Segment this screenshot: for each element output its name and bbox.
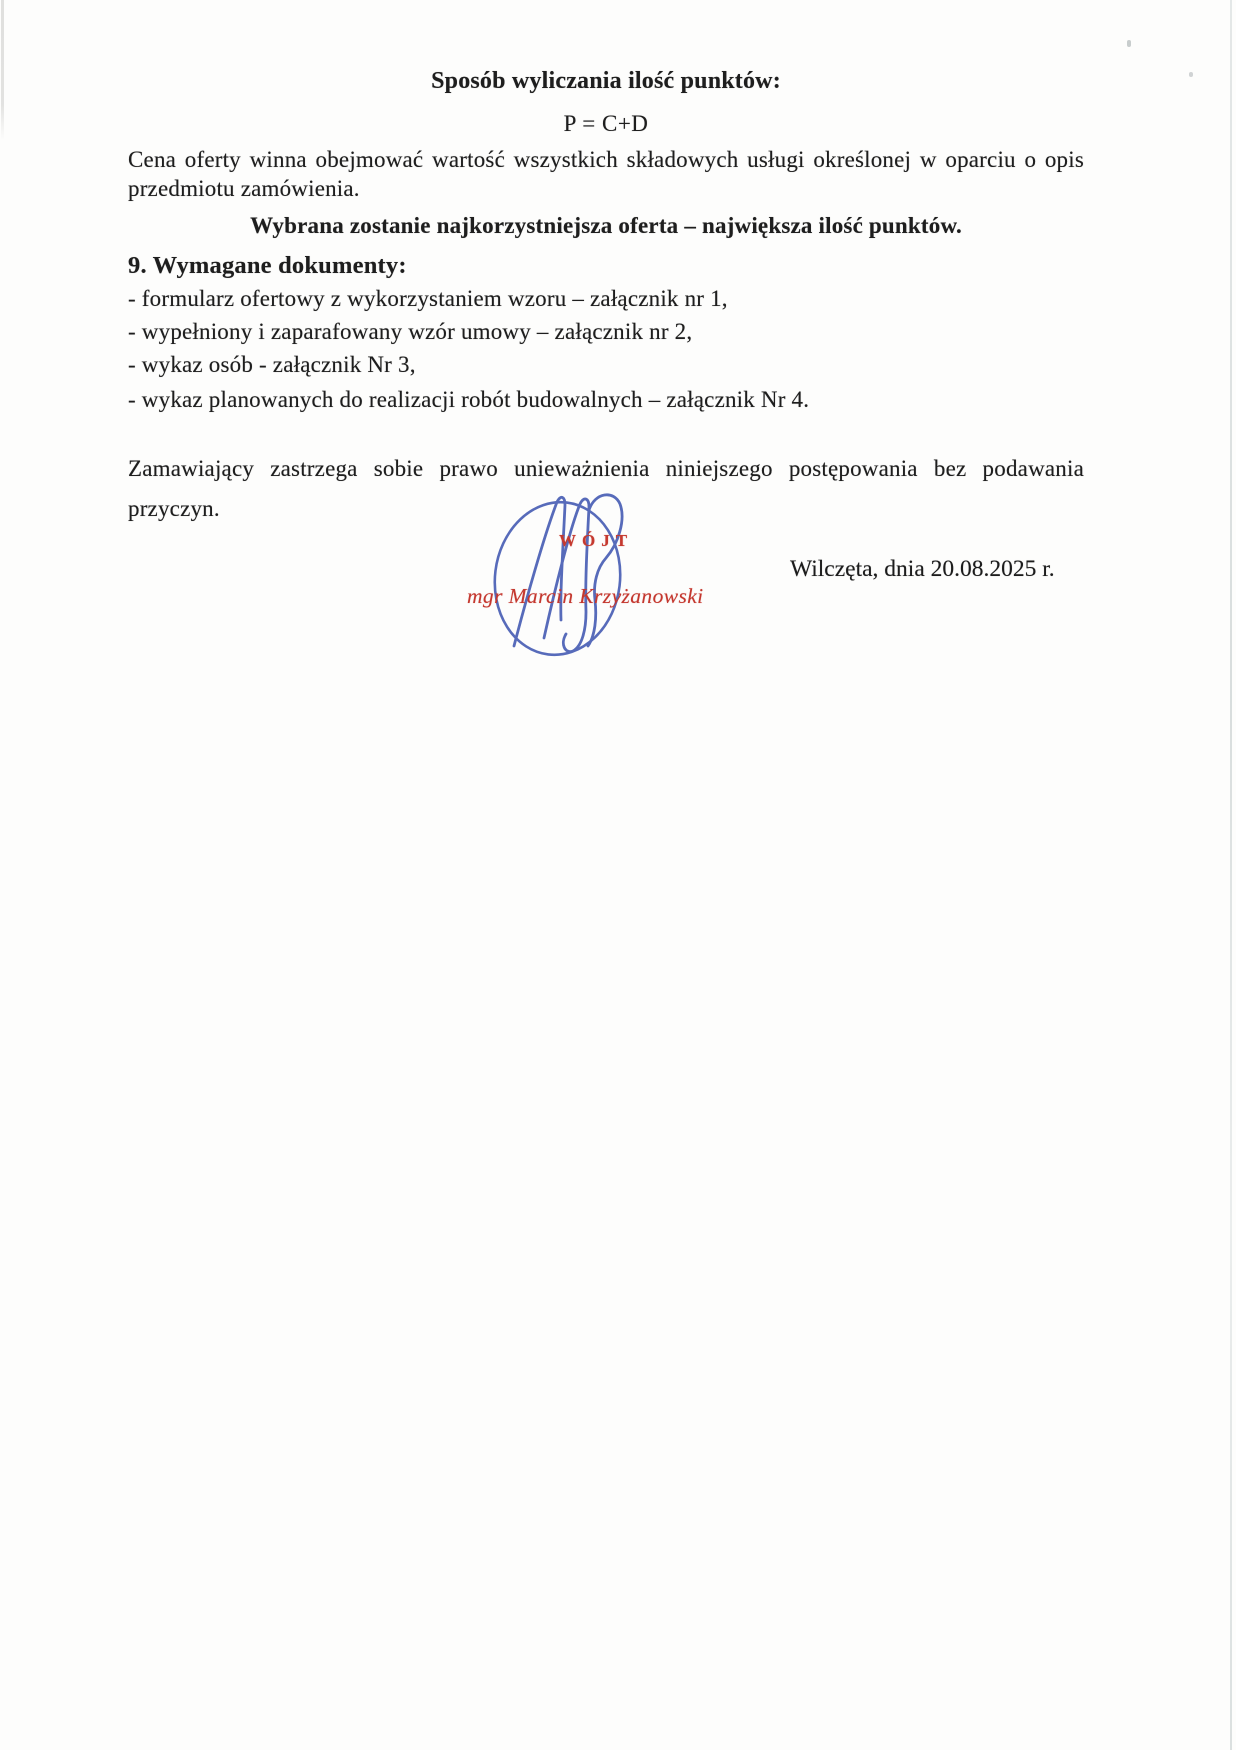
mayor-stamp-title: WÓJT: [559, 531, 633, 551]
required-document-item: - wykaz planowanych do realizacji robót …: [128, 387, 1084, 413]
required-document-item: - wykaz osób - załącznik Nr 3,: [128, 352, 1084, 378]
section-9-heading: 9. Wymagane dokumenty:: [128, 252, 1084, 280]
required-document-item: - wypełniony i zaparafowany wzór umowy –…: [128, 319, 1084, 345]
paragraph-offer-price: Cena oferty winna obejmować wartość wszy…: [128, 146, 1084, 203]
mayor-stamp-name: mgr Marcin Krzyżanowski: [467, 584, 704, 609]
scan-speck: [1189, 72, 1193, 77]
scan-edge-line-left: [1, 0, 4, 140]
scan-speck: [1127, 40, 1131, 47]
scan-edge-line-right: [1230, 0, 1232, 1750]
place-and-date: Wilczęta, dnia 20.08.2025 r.: [790, 556, 1055, 583]
best-offer-statement: Wybrana zostanie najkorzystniejsza ofert…: [128, 213, 1084, 239]
required-document-item: - formularz ofertowy z wykorzystaniem wz…: [128, 286, 1084, 312]
scanned-document-page: Sposób wyliczania ilość punktów: P = C+D…: [0, 0, 1236, 1750]
points-formula: P = C+D: [128, 111, 1084, 137]
handwritten-signature-ink: [478, 488, 648, 678]
document-title: Sposób wyliczania ilość punktów:: [128, 68, 1084, 95]
